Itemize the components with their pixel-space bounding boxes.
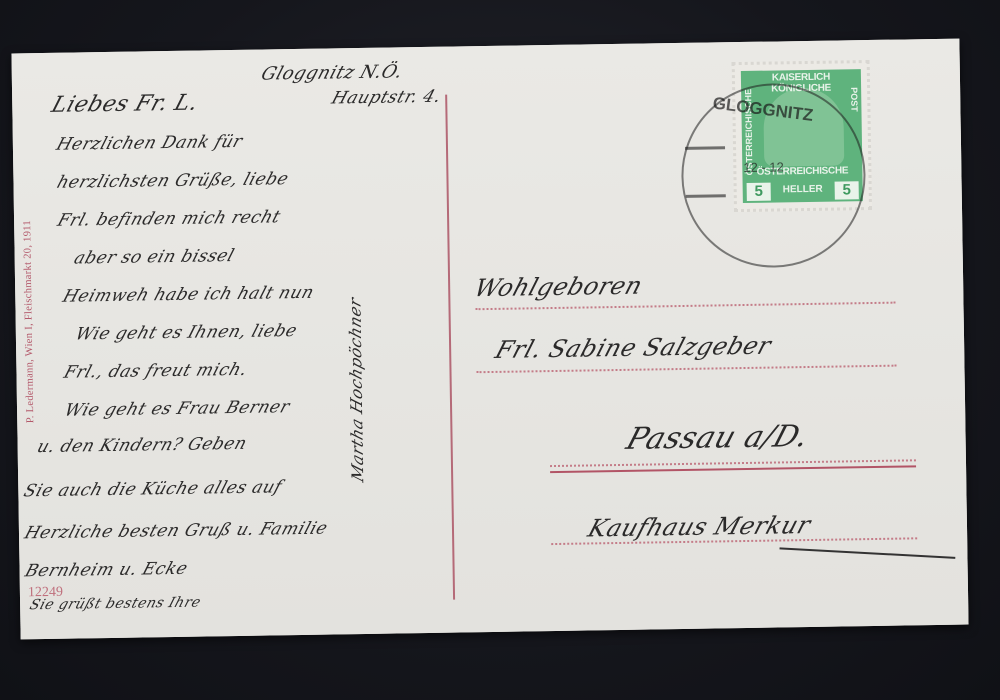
message-line: Frl. befinden mich recht — [55, 207, 283, 231]
message-line: Bernheim u. Ecke — [23, 559, 191, 582]
address-line-1 — [476, 302, 896, 311]
postmark-bar — [686, 194, 726, 198]
stamp-right-text: POST — [849, 87, 859, 112]
city-underline — [550, 465, 916, 473]
message-line: Sie auch die Küche alles auf — [21, 477, 284, 501]
message-line: Frl., das freut mich. — [61, 360, 249, 383]
postmark-bar — [685, 146, 725, 150]
postmark-date: 12 - 12 — [743, 159, 784, 175]
postcard: P. Ledermann, Wien I, Fleischmarkt 20, 1… — [11, 39, 968, 640]
message-line: herzlichsten Grüße, liebe — [54, 169, 291, 193]
message-line: Heimweh habe ich halt nun — [60, 283, 316, 307]
address-line-2 — [477, 365, 897, 374]
message-line: Wie geht es Frau Berner — [62, 397, 292, 421]
center-divider-line — [445, 95, 455, 600]
recipient-street: Kaufhaus Merkur — [585, 511, 815, 543]
sender-address-line2: Hauptstr. 4. — [329, 87, 444, 109]
recipient-name: Frl. Sabine Salzgeber — [492, 332, 775, 364]
message-line: Herzlichen Dank für — [54, 132, 245, 155]
street-underline — [779, 547, 955, 559]
message-line: Sie grüßt bestens Ihre — [28, 595, 203, 614]
message-line: Herzliche besten Gruß u. Familie — [22, 519, 330, 544]
message-line: u. den Kindern? Geben — [35, 434, 250, 457]
vertical-signature-note: Martha Hochpöchner — [345, 295, 367, 484]
publisher-imprint: P. Ledermann, Wien I, Fleischmarkt 20, 1… — [22, 220, 36, 423]
recipient-city: Passau a/D. — [622, 419, 813, 457]
message-line: Liebes Fr. L. — [48, 90, 201, 117]
recipient-salutation: Wohlgeboren — [471, 272, 646, 303]
message-line: Wie geht es Ihnen, liebe — [73, 321, 300, 345]
sender-address-line1: Gloggnitz N.Ö. — [259, 61, 406, 84]
message-line: aber so ein bissel — [72, 246, 237, 269]
